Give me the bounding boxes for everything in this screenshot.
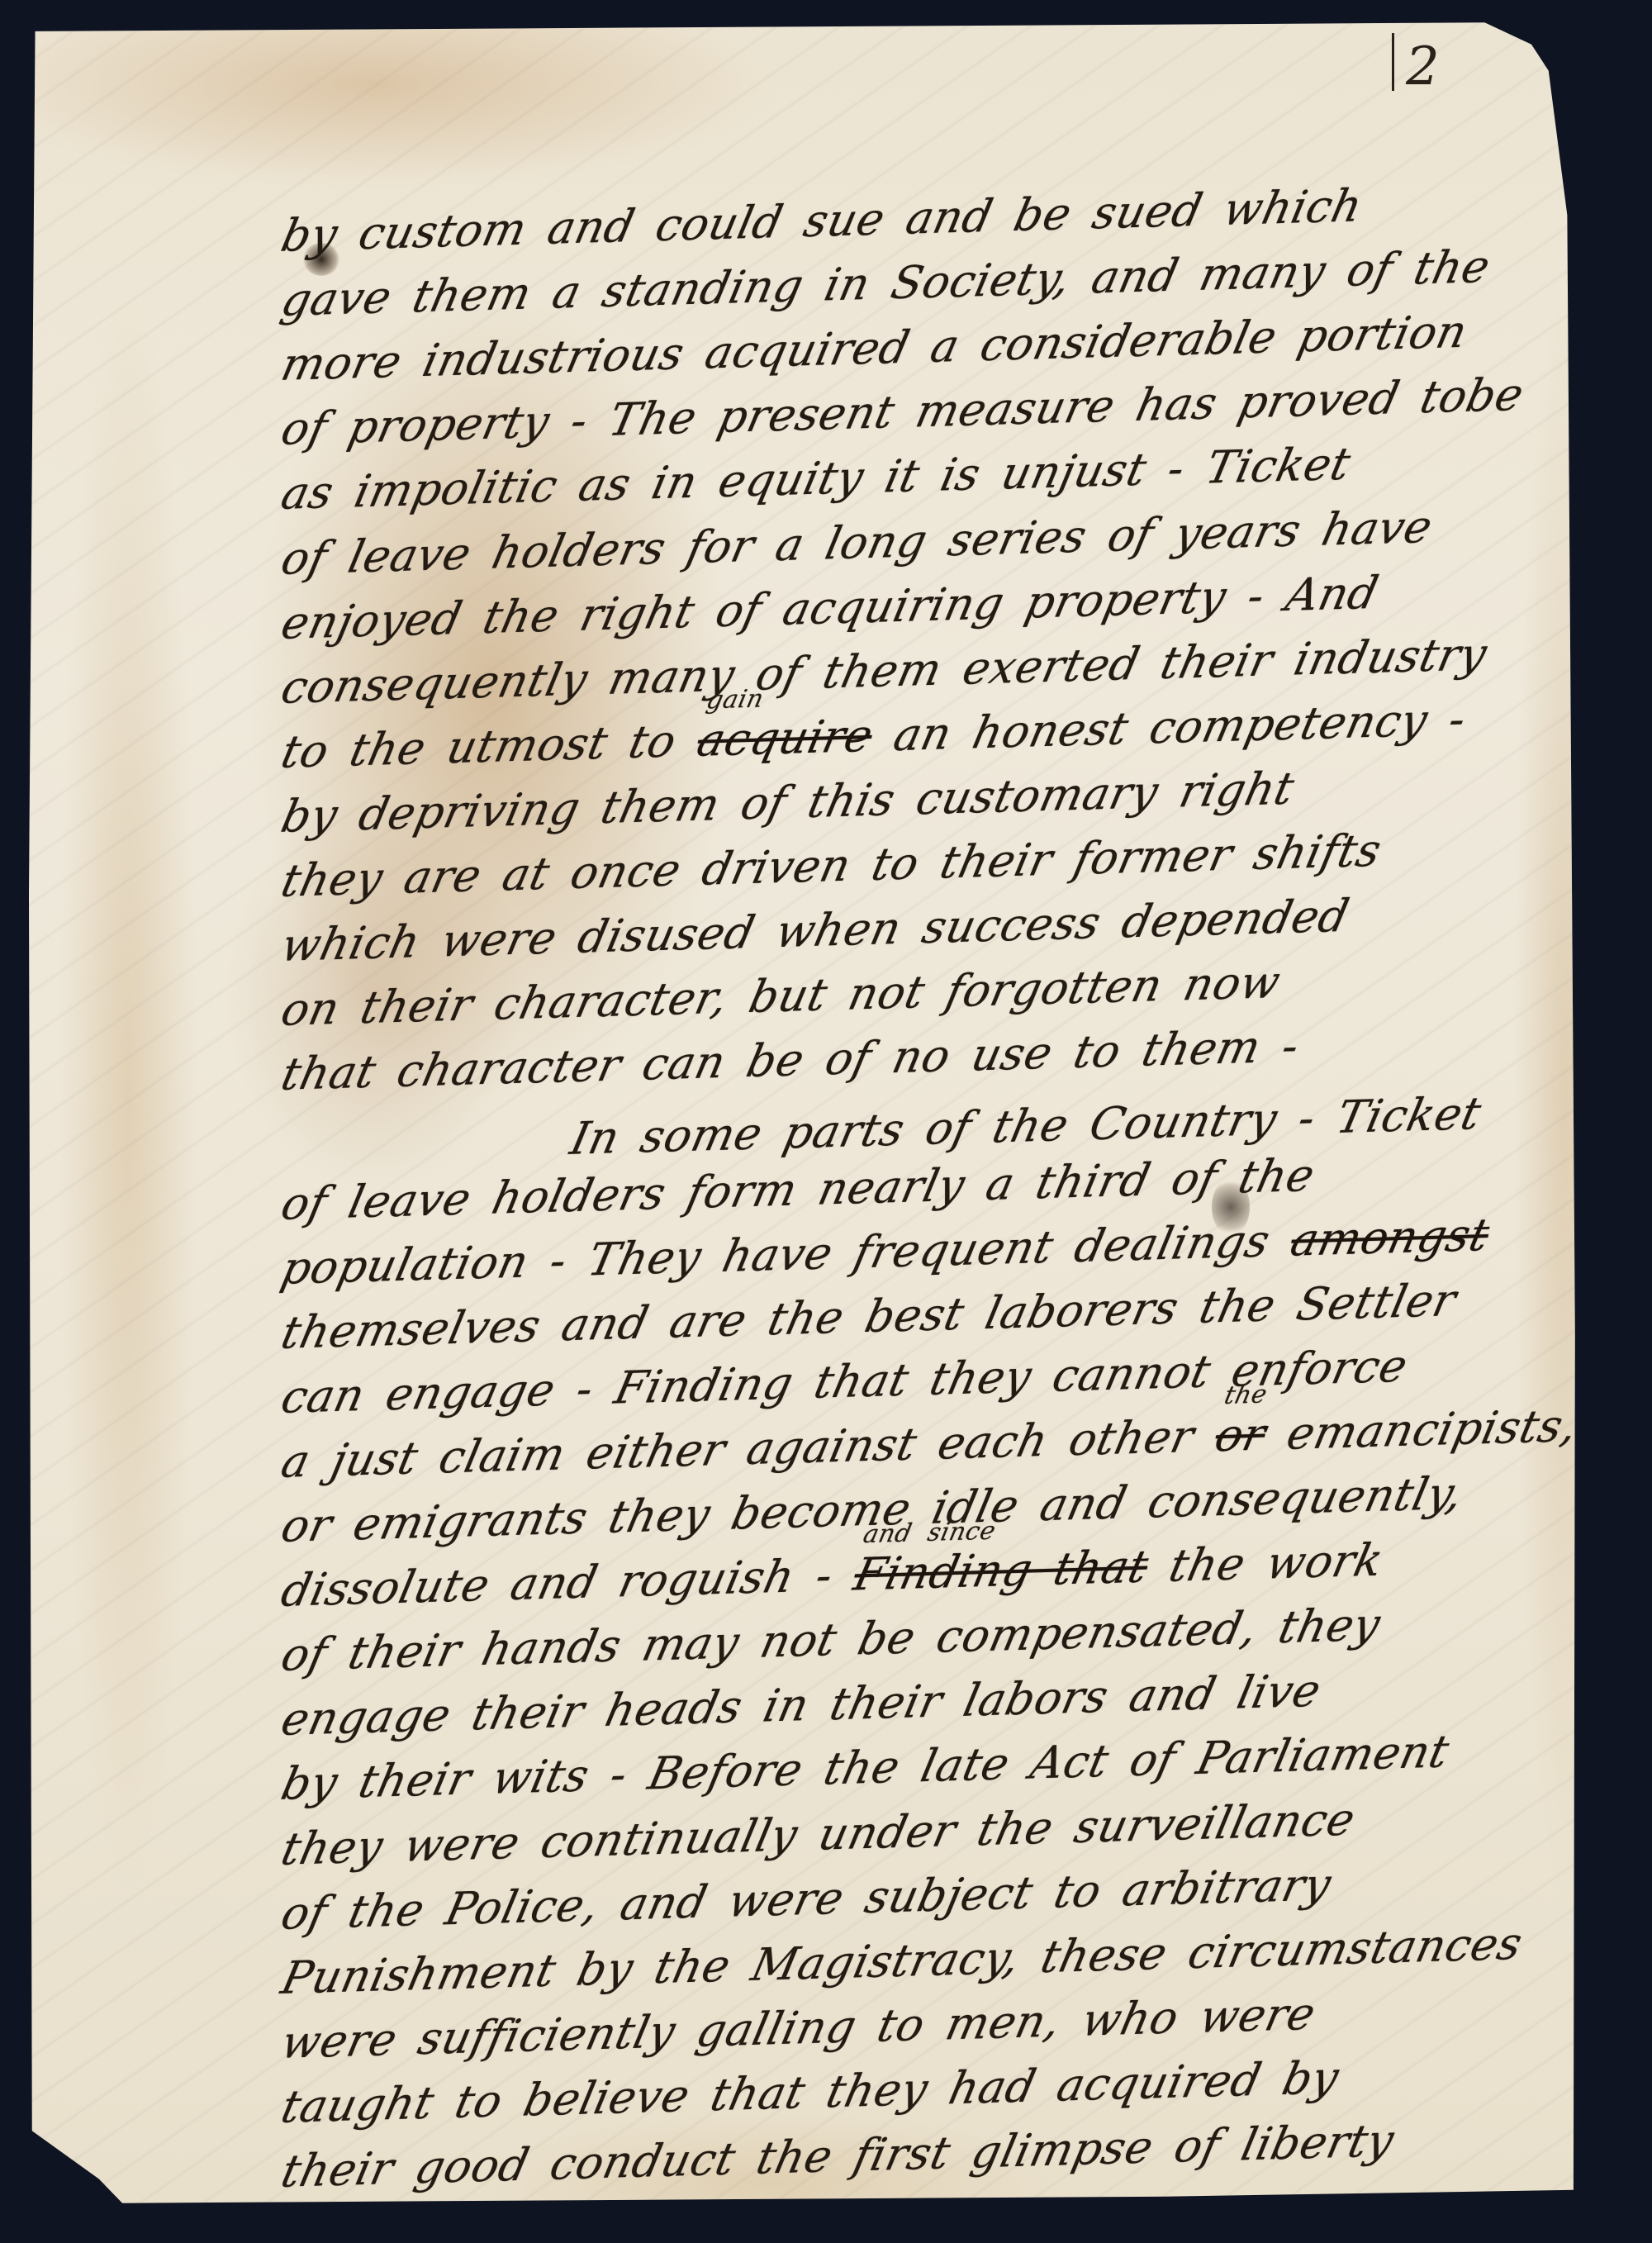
manuscript-page: 2 by custom and could sue and be sued wh… [29, 18, 1586, 2207]
correction: and sinceFinding that [849, 1540, 1153, 1600]
line-text: emancipists, [1260, 1399, 1583, 1461]
line-text: an honest competency - [866, 692, 1471, 761]
manuscript-line: that character can be of no use to them … [277, 1020, 1304, 1101]
line-text: dissolute and roguish - [277, 1548, 861, 1617]
struck-through-word: amongst [1286, 1208, 1494, 1266]
folio-digit: 2 [1406, 36, 1441, 97]
correction: amongst [1286, 1208, 1494, 1266]
struck-through-word: acquire [692, 709, 877, 766]
line-text: to the utmost to [277, 714, 704, 777]
line-text: a just claim either against each other [277, 1409, 1222, 1488]
correction: gainacquire [692, 709, 877, 766]
line-text: the work [1142, 1533, 1388, 1592]
line-text: In some parts of the Country - Ticket [566, 1087, 1486, 1165]
inserted-word: the [1222, 1380, 1270, 1410]
inserted-word: gain [704, 684, 767, 715]
line-text: that character can be of no use to them … [277, 1020, 1304, 1101]
folio-number: 2 [1392, 33, 1441, 97]
struck-through-word: Finding that [849, 1540, 1153, 1600]
inserted-word: and since [861, 1517, 999, 1550]
folio-bar [1392, 33, 1394, 91]
manuscript-line: In some parts of the Country - Ticket [566, 1087, 1486, 1165]
